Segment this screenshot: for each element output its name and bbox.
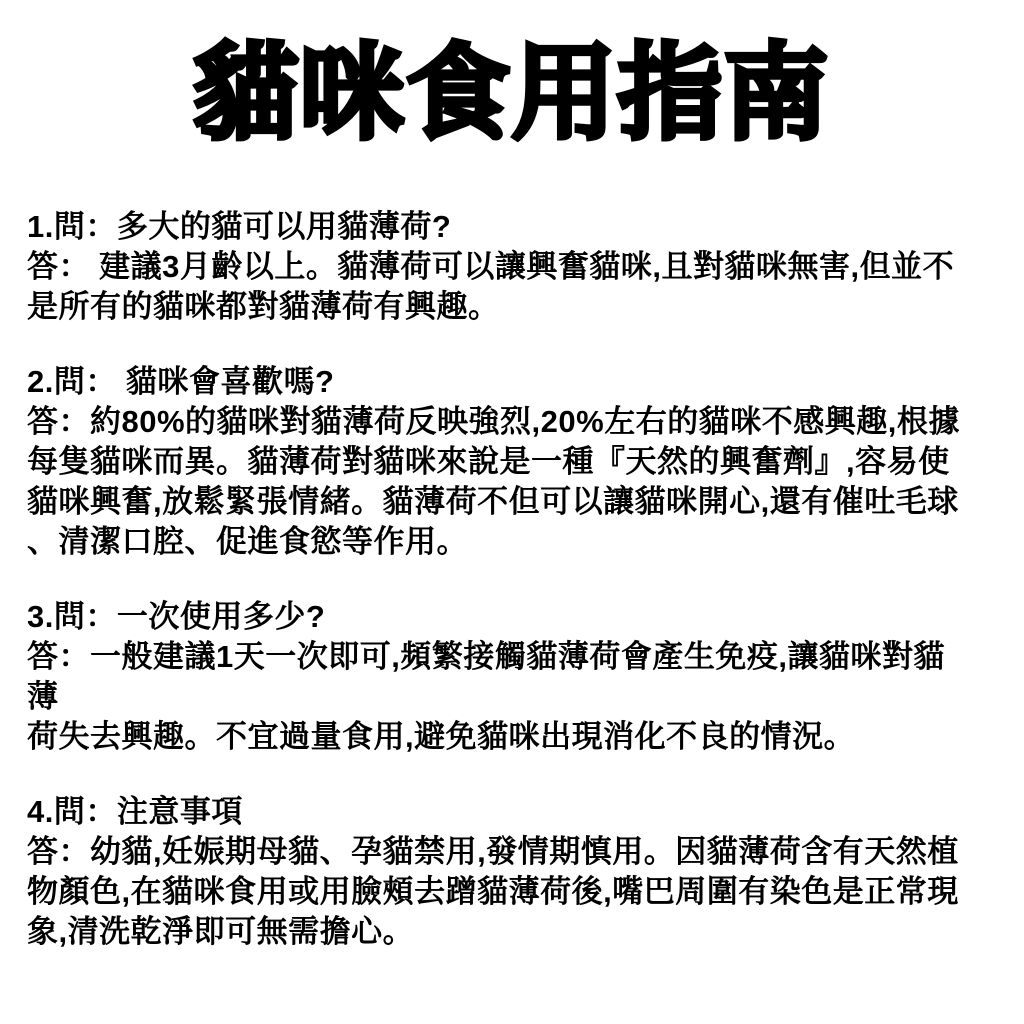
answer-line: 貓咪興奮,放鬆緊張情緒。貓薄荷不但可以讓貓咪開心,還有催吐毛球 — [27, 482, 1004, 522]
answer-line: 象,清洗乾淨即可無需擔心。 — [27, 912, 1004, 952]
question-line: 1.問：多大的貓可以用貓薄荷? — [27, 207, 1004, 247]
answer-line: 答：約80%的貓咪對貓薄荷反映強烈,20%左右的貓咪不感興趣,根據 — [27, 402, 1004, 442]
qa-content: 1.問：多大的貓可以用貓薄荷? 答： 建議3月齡以上。貓薄荷可以讓興奮貓咪,且對… — [27, 207, 1004, 952]
answer-line: 答：一般建議1天一次即可,頻繁接觸貓薄荷會產生免疫,讓貓咪對貓 — [27, 637, 1004, 677]
answer-line: 是所有的貓咪都對貓薄荷有興趣。 — [27, 287, 1004, 327]
qa-section-3: 3.問：一次使用多少? 答：一般建議1天一次即可,頻繁接觸貓薄荷會產生免疫,讓貓… — [27, 597, 1004, 757]
question-line: 4.問：注意事項 — [27, 792, 1004, 832]
page-title: 貓咪食用指南 — [0, 0, 1024, 161]
document-page: 貓咪食用指南 1.問：多大的貓可以用貓薄荷? 答： 建議3月齡以上。貓薄荷可以讓… — [0, 0, 1024, 1024]
answer-line: 答：幼貓,妊娠期母貓、孕貓禁用,發情期慎用。因貓薄荷含有天然植 — [27, 832, 1004, 872]
answer-line: 每隻貓咪而異。貓薄荷對貓咪來說是一種『天然的興奮劑』,容易使 — [27, 442, 1004, 482]
qa-section-2: 2.問： 貓咪會喜歡嗎? 答：約80%的貓咪對貓薄荷反映強烈,20%左右的貓咪不… — [27, 362, 1004, 562]
answer-line: 荷失去興趣。不宜過量食用,避免貓咪出現消化不良的情況。 — [27, 717, 1004, 757]
answer-line: 物顏色,在貓咪食用或用臉頰去蹭貓薄荷後,嘴巴周圍有染色是正常現 — [27, 872, 1004, 912]
question-line: 3.問：一次使用多少? — [27, 597, 1004, 637]
qa-section-1: 1.問：多大的貓可以用貓薄荷? 答： 建議3月齡以上。貓薄荷可以讓興奮貓咪,且對… — [27, 207, 1004, 327]
answer-line: 答： 建議3月齡以上。貓薄荷可以讓興奮貓咪,且對貓咪無害,但並不 — [27, 247, 1004, 287]
qa-section-4: 4.問：注意事項 答：幼貓,妊娠期母貓、孕貓禁用,發情期慎用。因貓薄荷含有天然植… — [27, 792, 1004, 952]
answer-line: 薄 — [27, 677, 1004, 717]
question-line: 2.問： 貓咪會喜歡嗎? — [27, 362, 1004, 402]
answer-line: 、清潔口腔、促進食慾等作用。 — [27, 522, 1004, 562]
